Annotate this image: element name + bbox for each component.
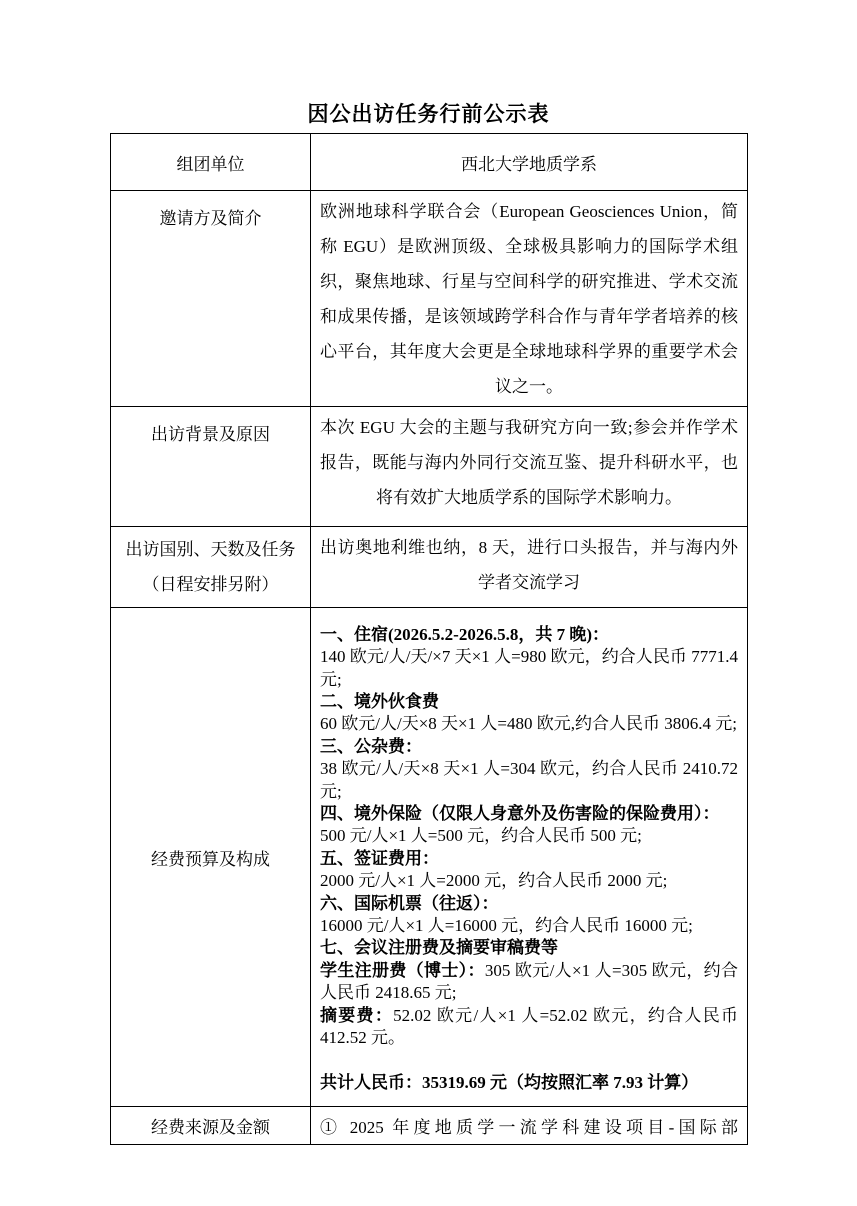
budget-item-title: 六、国际机票（往返）： [320, 894, 499, 913]
visit-country-days-description: 出访奥地利维也纳，8 天，进行口头报告，并与海内外学者交流学习 [320, 530, 738, 600]
budget-paragraph: 四、境外保险（仅限人身意外及伤害险的保险费用）： [320, 803, 738, 825]
row-label-budget: 经费预算及构成 [111, 608, 311, 1107]
budget-paragraph: 2000 元/人×1 人=2000 元，约合人民币 2000 元; [320, 870, 738, 892]
budget-item-detail: 16000 元/人×1 人=16000 元，约合人民币 16000 元; [320, 916, 693, 935]
budget-item-detail: 2000 元/人×1 人=2000 元，约合人民币 2000 元; [320, 871, 667, 890]
row-content-visit-country-days: 出访奥地利维也纳，8 天，进行口头报告，并与海内外学者交流学习 [311, 527, 748, 608]
budget-item-title: 摘要费： [320, 1006, 393, 1025]
budget-paragraph: 共计人民币：35319.69 元（均按照汇率 7.93 计算） [320, 1072, 738, 1094]
table-row: 经费来源及金额 ① 2025 年度地质学一流学科建设项目-国际部 [111, 1107, 748, 1145]
table-row: 经费预算及构成 一、住宿(2026.5.2-2026.5.8，共 7 晚)：14… [111, 608, 748, 1107]
row-content-organizing-unit: 西北大学地质学系 [311, 134, 748, 191]
budget-item-title: 七、会议注册费及摘要审稿费等 [320, 938, 558, 957]
label-line-1: 出访国别、天数及任务 [117, 532, 304, 567]
budget-paragraph: 五、签证费用： [320, 848, 738, 870]
budget-item-title: 四、境外保险（仅限人身意外及伤害险的保险费用）： [320, 804, 720, 823]
budget-content: 一、住宿(2026.5.2-2026.5.8，共 7 晚)：140 欧元/人/天… [320, 624, 738, 1095]
budget-item-title: 一、住宿(2026.5.2-2026.5.8，共 7 晚)： [320, 625, 609, 644]
visit-background-description: 本次 EGU 大会的主题与我研究方向一致;参会并作学术报告，既能与海内外同行交流… [320, 410, 738, 515]
budget-paragraph: 学生注册费（博士）：305 欧元/人×1 人=305 欧元，约合人民币 2418… [320, 960, 738, 1005]
inviting-party-description: 欧洲地球科学联合会（European Geosciences Union，简称 … [320, 194, 738, 404]
pre-departure-form-table: 组团单位 西北大学地质学系 邀请方及简介 欧洲地球科学联合会（European … [110, 133, 748, 1145]
row-label-visit-background: 出访背景及原因 [111, 407, 311, 527]
budget-item-title: 三、公杂费： [320, 737, 422, 756]
budget-paragraph: 38 欧元/人/天×8 天×1 人=304 欧元，约合人民币 2410.72 元… [320, 758, 738, 803]
budget-paragraph: 三、公杂费： [320, 736, 738, 758]
budget-paragraph: 六、国际机票（往返）： [320, 893, 738, 915]
table-row: 出访背景及原因 本次 EGU 大会的主题与我研究方向一致;参会并作学术报告，既能… [111, 407, 748, 527]
budget-item-detail: 500 元/人×1 人=500 元，约合人民币 500 元; [320, 826, 642, 845]
row-content-inviting-party: 欧洲地球科学联合会（European Geosciences Union，简称 … [311, 191, 748, 407]
budget-paragraph: 16000 元/人×1 人=16000 元，约合人民币 16000 元; [320, 915, 738, 937]
row-label-organizing-unit: 组团单位 [111, 134, 311, 191]
table-row: 组团单位 西北大学地质学系 [111, 134, 748, 191]
row-content-visit-background: 本次 EGU 大会的主题与我研究方向一致;参会并作学术报告，既能与海内外同行交流… [311, 407, 748, 527]
budget-paragraph: 摘要费：52.02 欧元/人×1 人=52.02 欧元，约合人民币 412.52… [320, 1005, 738, 1050]
row-label-funding-source: 经费来源及金额 [111, 1107, 311, 1145]
budget-paragraph: 一、住宿(2026.5.2-2026.5.8，共 7 晚)： [320, 624, 738, 646]
budget-item-title: 二、境外伙食费 [320, 692, 439, 711]
row-label-inviting-party: 邀请方及简介 [111, 191, 311, 407]
row-label-visit-country-days: 出访国别、天数及任务 （日程安排另附） [111, 527, 311, 608]
budget-blank-line [320, 1049, 738, 1071]
budget-paragraph: 七、会议注册费及摘要审稿费等 [320, 937, 738, 959]
budget-item-title: 共计人民币：35319.69 元（均按照汇率 7.93 计算） [320, 1073, 698, 1092]
budget-paragraph: 二、境外伙食费 [320, 691, 738, 713]
budget-paragraph: 500 元/人×1 人=500 元，约合人民币 500 元; [320, 825, 738, 847]
budget-item-detail: 38 欧元/人/天×8 天×1 人=304 欧元，约合人民币 2410.72 元… [320, 759, 738, 800]
budget-paragraph: 60 欧元/人/天×8 天×1 人=480 欧元,约合人民币 3806.4 元; [320, 713, 738, 735]
table-row: 邀请方及简介 欧洲地球科学联合会（European Geosciences Un… [111, 191, 748, 407]
label-line-2: （日程安排另附） [117, 567, 304, 602]
document-page: 因公出访任务行前公示表 组团单位 西北大学地质学系 邀请方及简介 欧洲地球科学联… [0, 0, 857, 1206]
visit-country-days-label: 出访国别、天数及任务 （日程安排另附） [117, 532, 304, 602]
table-row: 出访国别、天数及任务 （日程安排另附） 出访奥地利维也纳，8 天，进行口头报告，… [111, 527, 748, 608]
budget-item-detail: 60 欧元/人/天×8 天×1 人=480 欧元,约合人民币 3806.4 元; [320, 714, 737, 733]
budget-cell: 一、住宿(2026.5.2-2026.5.8，共 7 晚)：140 欧元/人/天… [311, 608, 748, 1107]
budget-item-detail: 140 欧元/人/天/×7 天×1 人=980 欧元，约合人民币 7771.4 … [320, 647, 738, 688]
row-content-funding-source: ① 2025 年度地质学一流学科建设项目-国际部 [311, 1107, 748, 1145]
budget-paragraph: 140 欧元/人/天/×7 天×1 人=980 欧元，约合人民币 7771.4 … [320, 646, 738, 691]
budget-item-title: 学生注册费（博士）： [320, 961, 485, 980]
page-title: 因公出访任务行前公示表 [0, 0, 857, 128]
budget-item-title: 五、签证费用： [320, 849, 439, 868]
